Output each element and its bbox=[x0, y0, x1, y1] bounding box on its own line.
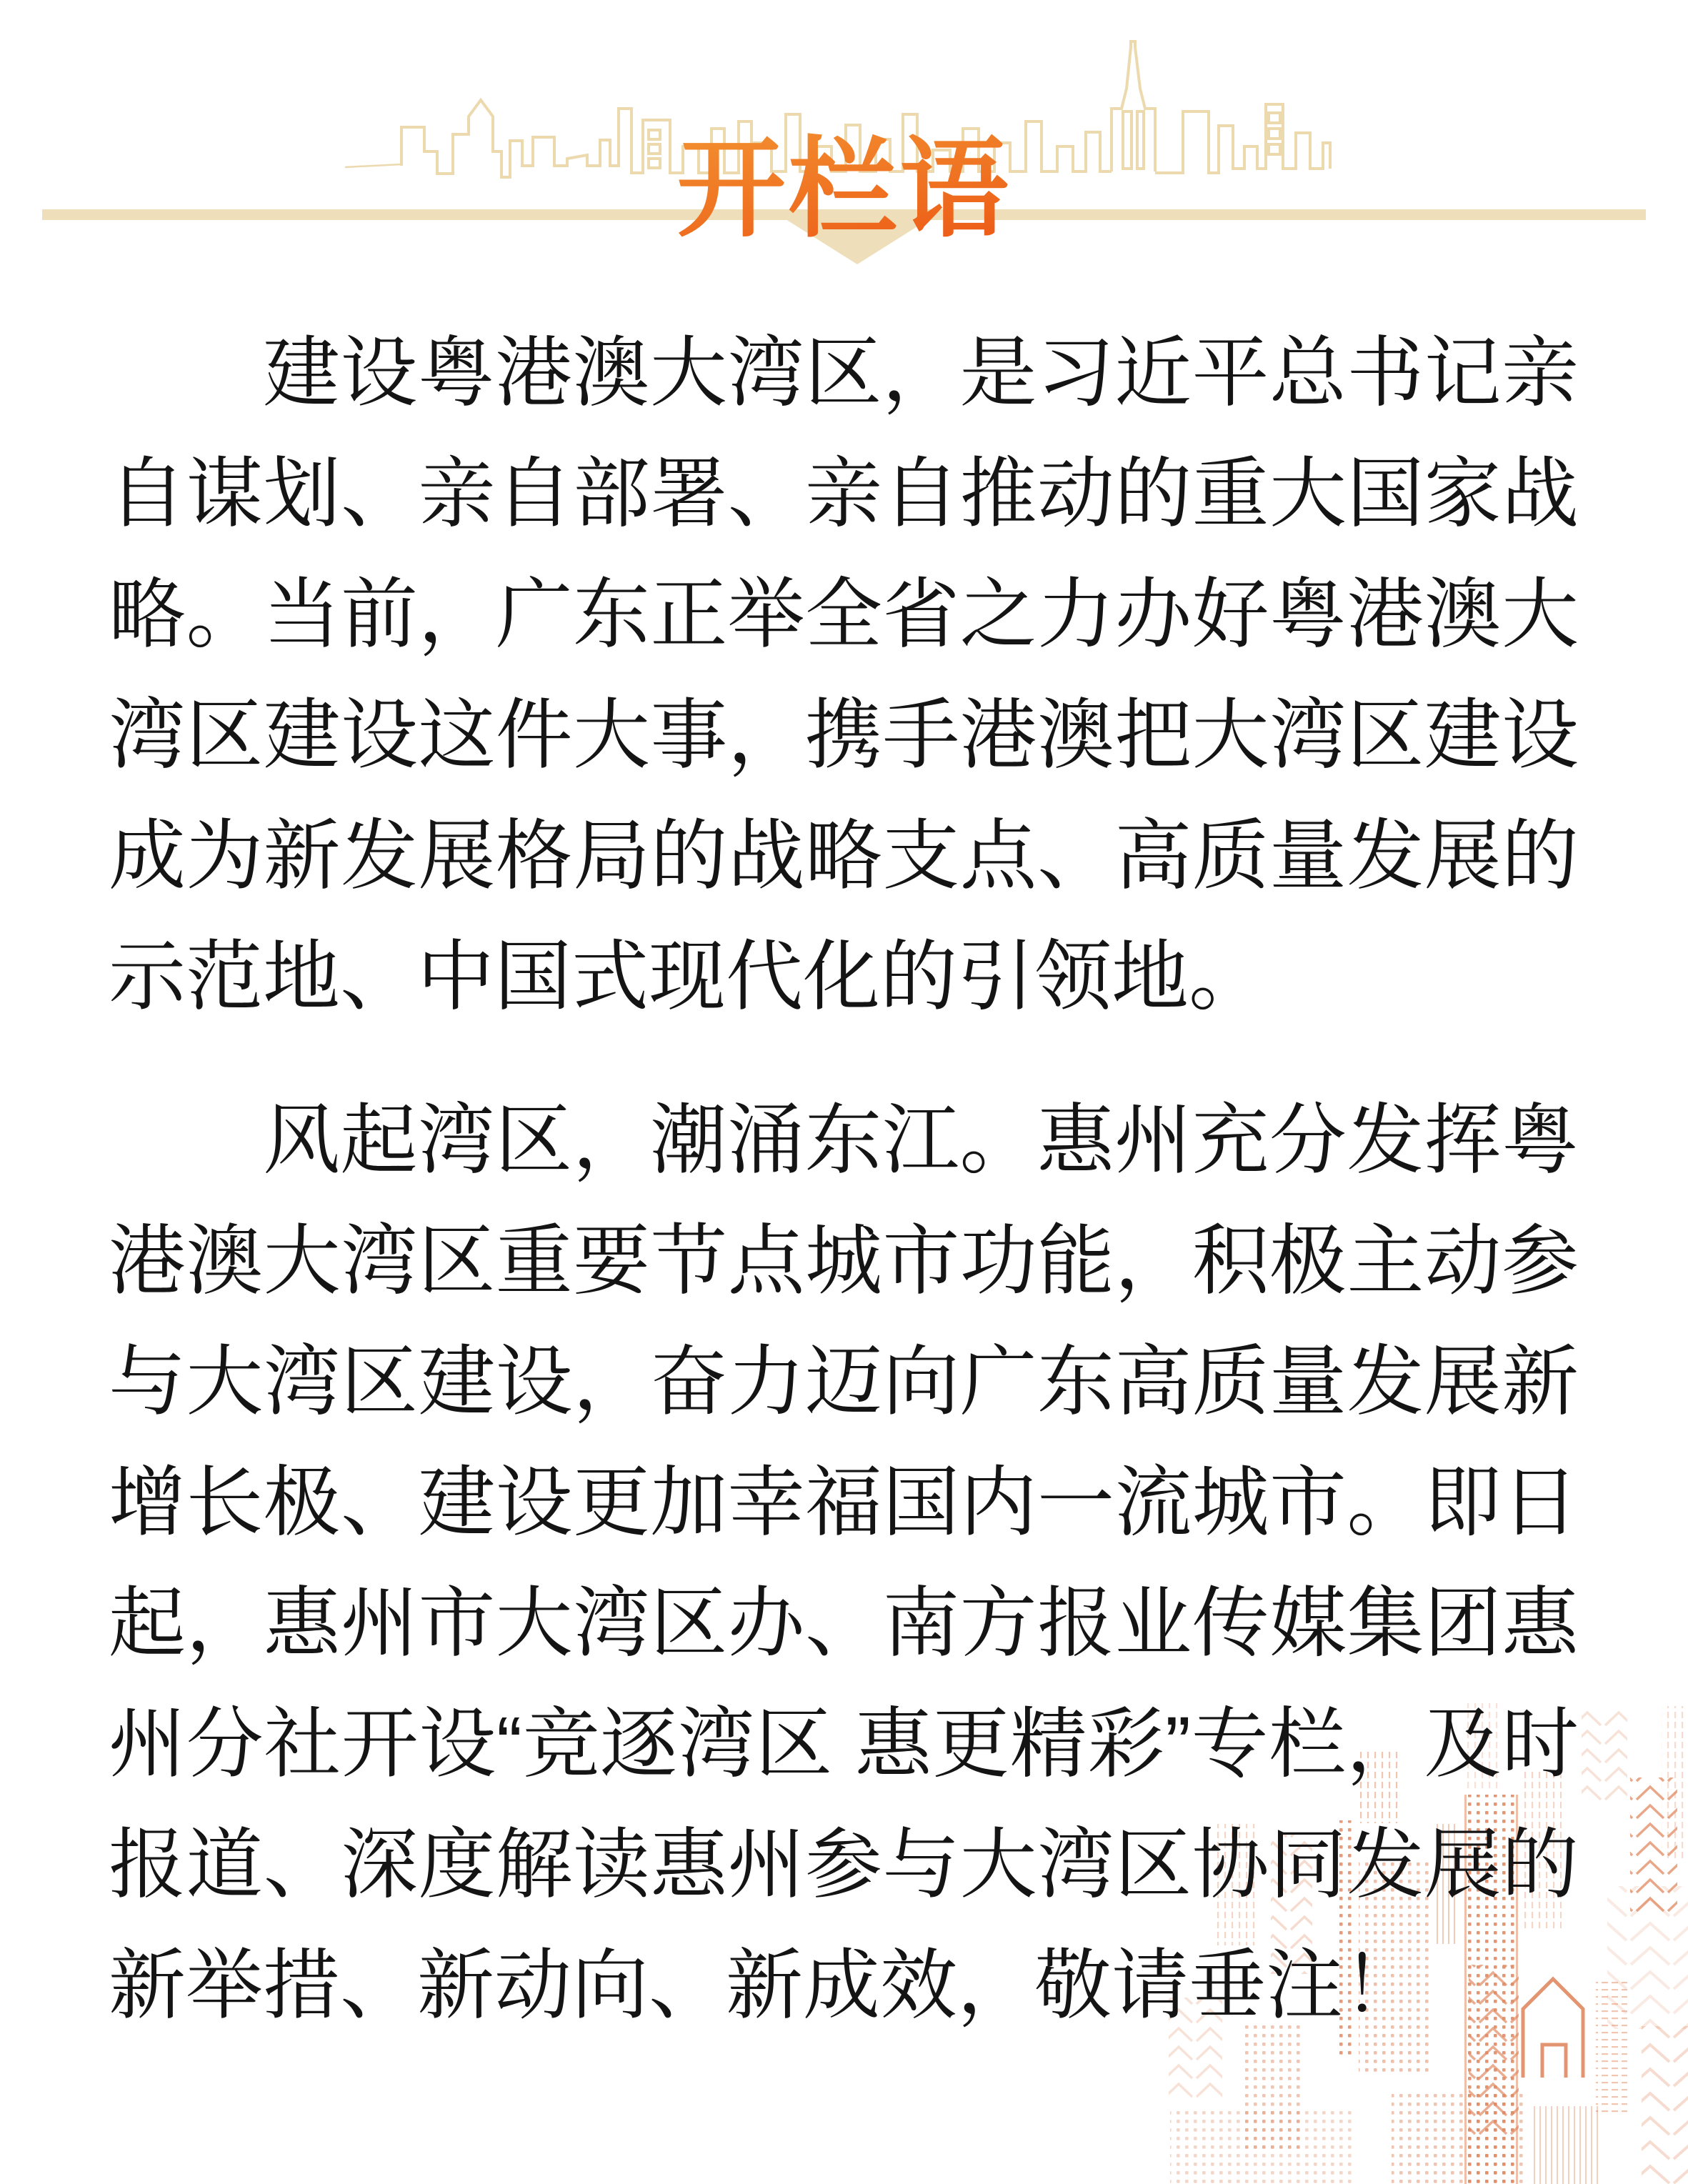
article-paragraph-2: 风起湾区，潮涌东江。惠州充分发挥粤港澳大湾区重要节点城市功能，积极主动参与大湾区… bbox=[109, 1079, 1579, 2045]
article-paragraph-1: 建设粤港澳大湾区，是习近平总书记亲自谋划、亲自部署、亲自推动的重大国家战略。当前… bbox=[109, 312, 1579, 1037]
article-body: 建设粤港澳大湾区，是习近平总书记亲自谋划、亲自部署、亲自推动的重大国家战略。当前… bbox=[109, 312, 1579, 2045]
page-title: 开栏语 bbox=[0, 124, 1688, 254]
